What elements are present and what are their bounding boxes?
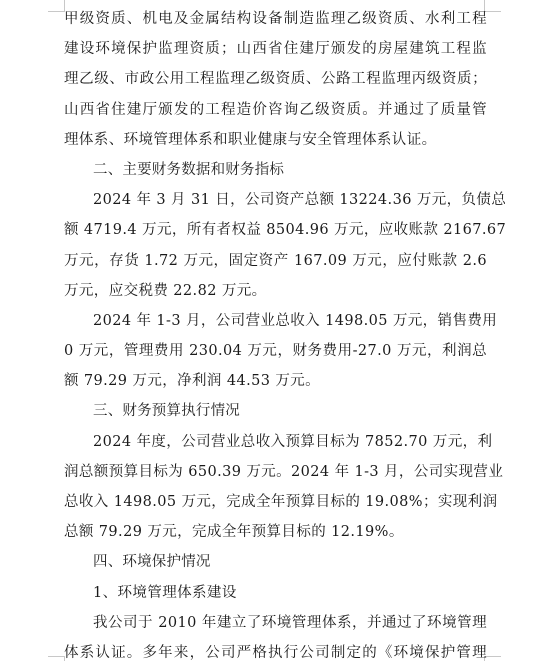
environment-paragraph: 我公司于 2010 年建立了环境管理体系，并通过了环境管理 体系认证。多年来，公…	[64, 608, 487, 661]
text-line: 理体系、环境管理体系和职业健康与安全管理体系认证。	[64, 125, 487, 155]
section-heading-environmental-protection: 四、环境保护情况	[64, 547, 487, 577]
text-line: 建设环境保护监理资质；山西省住建厅颁发的房屋建筑工程监	[64, 34, 487, 64]
text-line: 体系认证。多年来，公司严格执行公司制定的《环境保护管理	[64, 638, 487, 661]
text-line: 额 4719.4 万元，所有者权益 8504.96 万元，应收账款 2167.6…	[64, 215, 487, 245]
subheading-environmental-management-system: 1、环境管理体系建设	[64, 578, 487, 608]
budget-paragraph: 2024 年度，公司营业总收入预算目标为 7852.70 万元，利 润总额预算目…	[64, 427, 487, 548]
text-line: 润总额预算目标为 650.39 万元。2024 年 1-3 月，公司实现营业	[64, 457, 487, 487]
intro-paragraph: 甲级资质、机电及金属结构设备制造监理乙级资质、水利工程 建设环境保护监理资质；山…	[64, 4, 487, 155]
margin-corner-mark-bottom-left	[48, 656, 65, 661]
text-line: 山西省住建厅颁发的工程造价咨询乙级资质。并通过了质量管	[64, 95, 487, 125]
section-heading-budget-execution: 三、财务预算执行情况	[64, 396, 487, 426]
text-line: 2024 年 1-3 月，公司营业总收入 1498.05 万元，销售费用	[64, 306, 487, 336]
text-line: 我公司于 2010 年建立了环境管理体系，并通过了环境管理	[64, 608, 487, 638]
text-line: 万元，应交税费 22.82 万元。	[64, 276, 487, 306]
text-line: 万元，存货 1.72 万元，固定资产 167.09 万元，应付账款 2.6	[64, 246, 487, 276]
text-line: 额 79.29 万元，净利润 44.53 万元。	[64, 366, 487, 396]
text-line: 0 万元，管理费用 230.04 万元，财务费用-27.0 万元，利润总	[64, 336, 487, 366]
financial-position-paragraph: 2024 年 3 月 31 日，公司资产总额 13224.36 万元，负债总 额…	[64, 185, 487, 306]
text-line: 2024 年 3 月 31 日，公司资产总额 13224.36 万元，负债总	[64, 185, 487, 215]
margin-corner-mark-top-left	[48, 0, 65, 12]
text-line: 理乙级、市政公用工程监理乙级资质、公路工程监理丙级资质；	[64, 64, 487, 94]
text-line: 甲级资质、机电及金属结构设备制造监理乙级资质、水利工程	[64, 4, 487, 34]
section-heading-financial-data: 二、主要财务数据和财务指标	[64, 155, 487, 185]
text-line: 总额 79.29 万元，完成全年预算目标的 12.19%。	[64, 517, 487, 547]
text-line: 总收入 1498.05 万元，完成全年预算目标的 19.08%；实现利润	[64, 487, 487, 517]
income-paragraph: 2024 年 1-3 月，公司营业总收入 1498.05 万元，销售费用 0 万…	[64, 306, 487, 397]
text-line: 2024 年度，公司营业总收入预算目标为 7852.70 万元，利	[64, 427, 487, 457]
document-page: 甲级资质、机电及金属结构设备制造监理乙级资质、水利工程 建设环境保护监理资质；山…	[0, 0, 550, 661]
document-body: 甲级资质、机电及金属结构设备制造监理乙级资质、水利工程 建设环境保护监理资质；山…	[64, 4, 487, 661]
